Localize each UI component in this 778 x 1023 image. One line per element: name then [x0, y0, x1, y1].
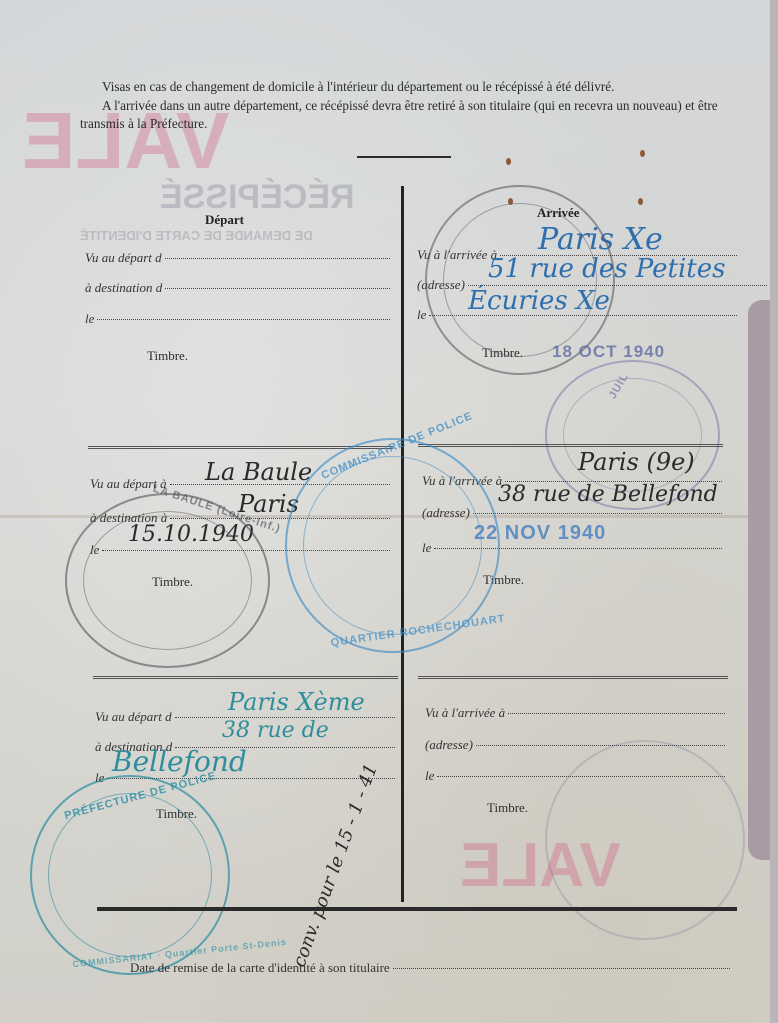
- divider: [357, 156, 451, 158]
- label: Vu au départ d: [85, 250, 162, 266]
- field-line[interactable]: [508, 712, 725, 714]
- watermark-subtitle: DE DEMANDE DE CARTE D'IDENTITÉ: [80, 228, 313, 243]
- footer-label: Date de remise de la carte d'identité à …: [130, 960, 390, 976]
- torn-edge: [748, 300, 770, 860]
- label: Vu au départ d: [95, 709, 172, 725]
- section3-depart-destination-handwriting: 38 rue de: [222, 718, 329, 743]
- staple-hole: [640, 150, 645, 157]
- identity-receipt-page: VALE RÉCÉPISSÉ DE DEMANDE DE CARTE D'IDE…: [0, 0, 770, 1023]
- section2-arrivee-adresse-handwriting: 38 rue de Bellefond: [498, 482, 718, 507]
- section2-depart-vu-handwriting: La Baule: [205, 458, 312, 486]
- field-line[interactable]: [165, 287, 390, 289]
- field-line[interactable]: [473, 512, 722, 514]
- section3-depart-destination-handwriting-2: Bellefond: [112, 745, 247, 778]
- staple-hole: [506, 158, 511, 165]
- label: le: [417, 307, 426, 323]
- depart-heading: Départ: [205, 212, 244, 228]
- section3-arrivee-timbre: Timbre.: [487, 800, 528, 816]
- section3-arrivee-vu: Vu à l'arrivée à: [425, 705, 725, 721]
- field-line[interactable]: [476, 744, 725, 746]
- field-line[interactable]: [97, 318, 390, 320]
- label: (adresse): [425, 737, 473, 753]
- intro-text: Visas en cas de changement de domicile à…: [80, 78, 730, 134]
- label: le: [85, 311, 94, 327]
- bottom-rule: [97, 907, 737, 911]
- margin-note-handwriting: conv. pour le 15 - 1 - 41: [289, 761, 382, 970]
- section1-depart-vu: Vu au départ d: [85, 250, 390, 266]
- section-separator: [418, 676, 728, 679]
- section3-depart-vu-handwriting: Paris Xème: [228, 688, 365, 716]
- section1-depart-destination: à destination d: [85, 280, 390, 296]
- section1-depart-le: le: [85, 311, 390, 327]
- footer-date-remise: Date de remise de la carte d'identité à …: [130, 960, 730, 976]
- section1-depart-timbre: Timbre.: [147, 348, 188, 364]
- intro-paragraph-1: Visas en cas de changement de domicile à…: [80, 78, 730, 97]
- section2-arrivee-vu-handwriting: Paris (9e): [578, 448, 695, 476]
- label: Vu à l'arrivée à: [425, 705, 505, 721]
- staple-hole: [638, 198, 643, 205]
- label: à destination d: [85, 280, 162, 296]
- section-separator: [93, 676, 398, 679]
- footer-field-line[interactable]: [393, 968, 730, 969]
- section-separator: [418, 444, 723, 447]
- section1-date-stamp: 18 OCT 1940: [552, 342, 665, 362]
- label: le: [425, 768, 434, 784]
- intro-paragraph-2: A l'arrivée dans un autre département, c…: [80, 97, 730, 134]
- watermark-title: RÉCÉPISSÉ: [160, 178, 355, 217]
- field-line[interactable]: [165, 257, 390, 259]
